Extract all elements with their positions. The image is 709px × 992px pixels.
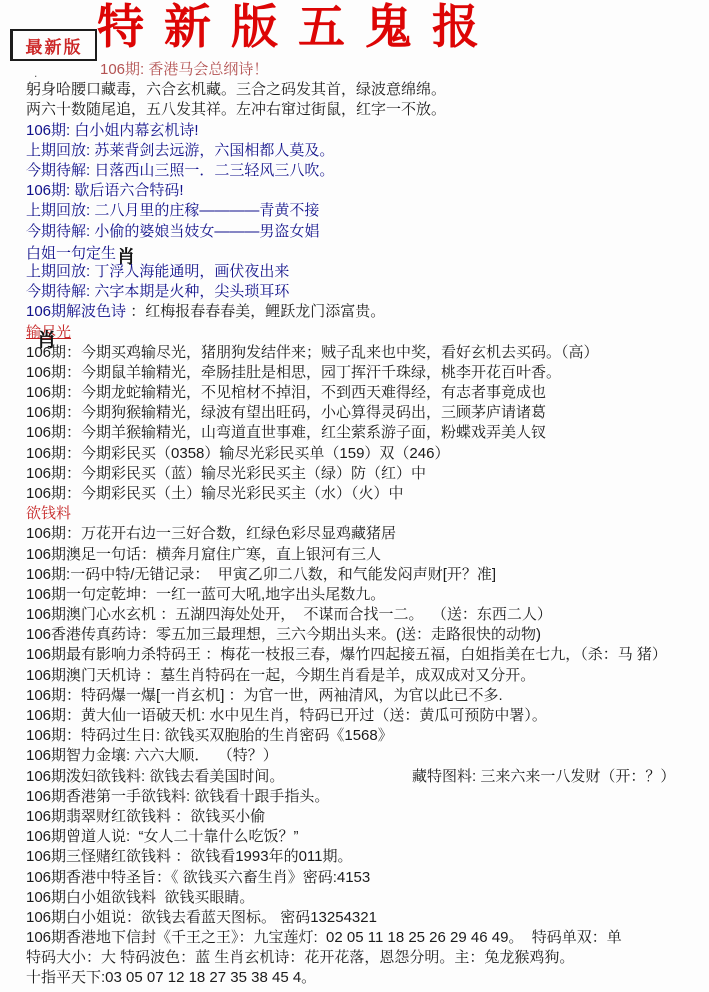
text-segment: 上期回放: 丁浮人海能通明，画伏夜出来 — [26, 263, 289, 280]
text-segment: 今期待解: 小偷的婆娘当妓女———男盗女娼 — [26, 223, 319, 240]
text-segment: 欲钱料 — [26, 505, 71, 522]
text-segment: 106期：今期狗猴输精光，绿波有望出旺码，小心算得灵码出，三顾茅庐请诸葛 — [26, 404, 546, 421]
text-segment: 106期：今期羊猴输精光，山弯道直世事难，红尘萦系游子面，粉蝶戏弄美人钗 — [26, 424, 546, 441]
text-line: 106期曾道人说: “女人二十靠什么吃饭？” — [0, 827, 709, 847]
masthead: 最新版 . 特新版五鬼报 — [0, 0, 709, 58]
text-segment: 106期澳足一句话：横奔月窟住广寒，直上银河有三人 — [26, 546, 381, 563]
heading-shujinguang: 输尽光肖 — [0, 322, 709, 342]
text-segment: 躬身哈腰口藏毒，六合玄机藏。三合之码发其首，绿波意绵绵。 — [26, 81, 446, 98]
text-line: 上期回放: 苏莱背剑去远游，六国相都人莫及。 — [0, 141, 709, 161]
text-line: 特码大小：大 特码波色：蓝 生肖玄机诗：花开花落，恩怨分明。主：兔龙猴鸡狗。 — [0, 948, 709, 968]
text-segment: 十指平天下:03 05 07 12 18 27 35 38 45 4。 — [26, 969, 316, 986]
text-segment: 今期待解: 日落西山三照一．二三轻风三八吹。 — [26, 162, 334, 179]
text-segment: 106期：今期龙蛇输精光，不见棺材不掉泪，不到西天难得经，有志者事竟成也 — [26, 384, 546, 401]
text-segment: 106期: 歇后语六合特码! — [26, 182, 184, 199]
text-segment: 106香港传真药诗：零五加三最理想，三六今期出头来。(送：走路很快的动物) — [26, 626, 541, 643]
text-line: 106期:一码中特/无错记录： 甲寅乙卯二八数，和气能发闷声财[开？准] — [0, 565, 709, 585]
text-line: 106期白小姐说：欲钱去看蓝天图标。 密码13254321 — [0, 908, 709, 928]
text-segment: 106期白小姐说：欲钱去看蓝天图标。 密码13254321 — [26, 909, 377, 926]
text-segment: 106期：特码过生日: 欲钱买双胞胎的生肖密码《1568》 — [26, 727, 393, 744]
text-line: 106期：今期狗猴输精光，绿波有望出旺码，小心算得灵码出，三顾茅庐请诸葛 — [0, 403, 709, 423]
heading-yuqianliao: 欲钱料 — [0, 504, 709, 524]
text-line: 106期：今期买鸡输尽光，猪朋狗发结伴来；贼子乱来也中奖，看好玄机去买码。（高） — [0, 343, 709, 363]
content-lines: 106期: 香港马会总纲诗！躬身哈腰口藏毒，六合玄机藏。三合之码发其首，绿波意绵… — [0, 58, 709, 989]
heading-zonggang-poem: 106期: 香港马会总纲诗！ — [0, 60, 709, 80]
text-segment: ：红梅报春春春美，鲤跃龙门添富贵。 — [130, 303, 385, 320]
text-segment: 106期: 香港马会总纲诗！ — [100, 61, 268, 78]
text-line: 上期回放: 丁浮人海能通明，画伏夜出来 — [0, 262, 709, 282]
text-line: 106期：今期彩民买（蓝）输尽光彩民买主（绿）防（红）中 — [0, 464, 709, 484]
text-segment: 106期：今期彩民买（0358）输尽光彩民买单（159）双（246） — [26, 445, 449, 462]
text-line: 106期香港第一手欲钱料: 欲钱看十跟手指头。 — [0, 787, 709, 807]
text-line: 106期：今期鼠羊输精光，牵肠挂肚是相思，园丁挥汗千珠绿，桃李开花百叶香。 — [0, 363, 709, 383]
text-line: 106期：特码爆一爆[一肖玄机] ：为官一世，两袖清风，为官以此已不多. — [0, 686, 709, 706]
text-segment: 106期泼妇欲钱料: 欲钱去看美国时间。 — [26, 768, 284, 785]
text-segment: 106期:一码中特/无错记录： 甲寅乙卯二八数，和气能发闷声财[开？准] — [26, 566, 496, 583]
text-line: 两六十数随尾追，五八发其祥。左冲右窜过街鼠，红字一不放。 — [0, 100, 709, 120]
text-segment: 白姐一句定生 — [26, 245, 116, 262]
text-segment: 106期曾道人说: “女人二十靠什么吃饭？” — [26, 828, 299, 845]
text-segment: 106期：今期鼠羊输精光，牵肠挂肚是相思，园丁挥汗千珠绿，桃李开花百叶香。 — [26, 364, 561, 381]
text-segment: 106期解波色诗 — [26, 303, 130, 320]
text-segment: 106期澳门天机诗 ：墓生肖特码在一起，今期生肖看是羊，成双成对又分开。 — [26, 667, 535, 684]
heading-xiehouyu: 106期: 歇后语六合特码! — [0, 181, 709, 201]
text-line: 今期待解: 六字本期是火种，尖头琐耳环 — [0, 282, 709, 302]
text-line: 106期：黄大仙一语破天机: 水中见生肖，特码已开过（送：黄瓜可预防中署）。 — [0, 706, 709, 726]
text-segment: 106期：今期买鸡输尽光，猪朋狗发结伴来；贼子乱来也中奖，看好玄机去买码。（高） — [26, 344, 599, 361]
text-line: 106香港传真药诗：零五加三最理想，三六今期出头来。(送：走路很快的动物) — [0, 625, 709, 645]
text-segment: 今期待解: 六字本期是火种，尖头琐耳环 — [26, 283, 289, 300]
latest-edition-label: 最新版 — [26, 33, 83, 58]
text-segment: 106期: 白小姐内幕玄机诗! — [26, 122, 199, 139]
five-ghost-report-sheet: 最新版 . 特新版五鬼报 106期: 香港马会总纲诗！躬身哈腰口藏毒，六合玄机藏… — [0, 0, 709, 992]
text-segment: 106期香港地下信封《千王之王》：九宝莲灯: 02 05 11 18 25 26… — [26, 929, 622, 946]
text-segment: 106期白小姐欲钱料 欲钱买眼睛。 — [26, 889, 254, 906]
page-title: 特新版五鬼报 — [97, 0, 499, 56]
text-segment: 106期香港中特圣旨：《 欲钱买六畜生肖》密码:4153 — [26, 869, 370, 886]
text-segment: 106期：今期彩民买（土）输尽光彩民买主（水）（火）中 — [26, 485, 404, 502]
text-line: 106期：今期彩民买（0358）输尽光彩民买单（159）双（246） — [0, 444, 709, 464]
text-segment: 上期回放: 二八月里的庄稼————青黄不接 — [26, 202, 319, 219]
line-bose-poem: 106期解波色诗 ：红梅报春春春美，鲤跃龙门添富贵。 — [0, 302, 709, 322]
text-segment: 106期智力金壤: 六六大顺． （特？） — [26, 747, 278, 764]
text-segment: 106期：今期彩民买（蓝）输尽光彩民买主（绿）防（红）中 — [26, 465, 426, 482]
line-baijie-shengxiao: 白姐一句定生肖 — [0, 242, 709, 262]
text-line: 106期一句定乾坤：一红一蓝可大吼,地字出头尾数九。 — [0, 585, 709, 605]
text-segment: 上期回放: 苏莱背剑去远游，六国相都人莫及。 — [26, 142, 334, 159]
text-line: 106期澳门天机诗 ：墓生肖特码在一起，今期生肖看是羊，成双成对又分开。 — [0, 666, 709, 686]
text-line: 十指平天下:03 05 07 12 18 27 35 38 45 4。 — [0, 968, 709, 988]
text-segment: 106期一句定乾坤：一红一蓝可大吼,地字出头尾数九。 — [26, 586, 385, 603]
text-segment: 106期三怪赌红欲钱料 ：欲钱看1993年的011期。 — [26, 848, 352, 865]
heading-baixiaojie-poem: 106期: 白小姐内幕玄机诗! — [0, 121, 709, 141]
text-segment: 106期最有影响力杀特码王 ：梅花一枝报三春，爆竹四起接五福，白姐指美在七九，（… — [26, 646, 667, 663]
text-line: 106期澳足一句话：横奔月窟住广寒，直上银河有三人 — [0, 545, 709, 565]
text-line: 106期：今期龙蛇输精光，不见棺材不掉泪，不到西天难得经，有志者事竟成也 — [0, 383, 709, 403]
text-line: 躬身哈腰口藏毒，六合玄机藏。三合之码发其首，绿波意绵绵。 — [0, 80, 709, 100]
text-segment: 106期：特码爆一爆[一肖玄机] ：为官一世，两袖清风，为官以此已不多. — [26, 687, 503, 704]
text-line: 106期澳门心水玄机 ：五湖四海处处开， 不谋而合找一二。 （送：东西二人） — [0, 605, 709, 625]
text-line: 106期：万花开右边一三好合数，红绿色彩尽显鸡藏猪居 — [0, 524, 709, 544]
latest-edition-badge: 最新版 — [10, 29, 97, 61]
text-segment: 106期：黄大仙一语破天机: 水中见生肖，特码已开过（送：黄瓜可预防中署）。 — [26, 707, 547, 724]
text-line: 106期白小姐欲钱料 欲钱买眼睛。 — [0, 888, 709, 908]
text-line: 106期翡翠财红欲钱料 ：欲钱买小偷 — [0, 807, 709, 827]
text-segment: 106期：万花开右边一三好合数，红绿色彩尽显鸡藏猪居 — [26, 525, 396, 542]
text-line: 今期待解: 小偷的婆娘当妓女———男盗女娼 — [0, 222, 709, 242]
text-line: 106期：特码过生日: 欲钱买双胞胎的生肖密码《1568》 — [0, 726, 709, 746]
text-line: 今期待解: 日落西山三照一．二三轻风三八吹。 — [0, 161, 709, 181]
text-segment: 106期翡翠财红欲钱料 ：欲钱买小偷 — [26, 808, 265, 825]
text-segment: 两六十数随尾追，五八发其祥。左冲右窜过街鼠，红字一不放。 — [26, 101, 446, 118]
text-line: 106期：今期彩民买（土）输尽光彩民买主（水）（火）中 — [0, 484, 709, 504]
text-line: 106期智力金壤: 六六大顺． （特？） — [0, 746, 709, 766]
line-pofu-and-zangte: 106期泼妇欲钱料: 欲钱去看美国时间。藏特图料: 三来六来一八发财（开：？） — [0, 767, 709, 787]
text-line: 106期最有影响力杀特码王 ：梅花一枝报三春，爆竹四起接五福，白姐指美在七九，（… — [0, 645, 709, 665]
text-segment: 106期香港第一手欲钱料: 欲钱看十跟手指头。 — [26, 788, 329, 805]
text-line: 106期三怪赌红欲钱料 ：欲钱看1993年的011期。 — [0, 847, 709, 867]
text-line: 106期香港地下信封《千王之王》：九宝莲灯: 02 05 11 18 25 26… — [0, 928, 709, 948]
zangte-tuliao-note: 藏特图料: 三来六来一八发财（开：？） — [412, 767, 675, 787]
text-segment: 特码大小：大 特码波色：蓝 生肖玄机诗：花开花落，恩怨分明。主：兔龙猴鸡狗。 — [26, 949, 574, 966]
text-line: 上期回放: 二八月里的庄稼————青黄不接 — [0, 201, 709, 221]
text-segment: 106期澳门心水玄机 ：五湖四海处处开， 不谋而合找一二。 （送：东西二人） — [26, 606, 552, 623]
text-line: 106期香港中特圣旨：《 欲钱买六畜生肖》密码:4153 — [0, 868, 709, 888]
text-line: 106期：今期羊猴输精光，山弯道直世事难，红尘萦系游子面，粉蝶戏弄美人钗 — [0, 423, 709, 443]
